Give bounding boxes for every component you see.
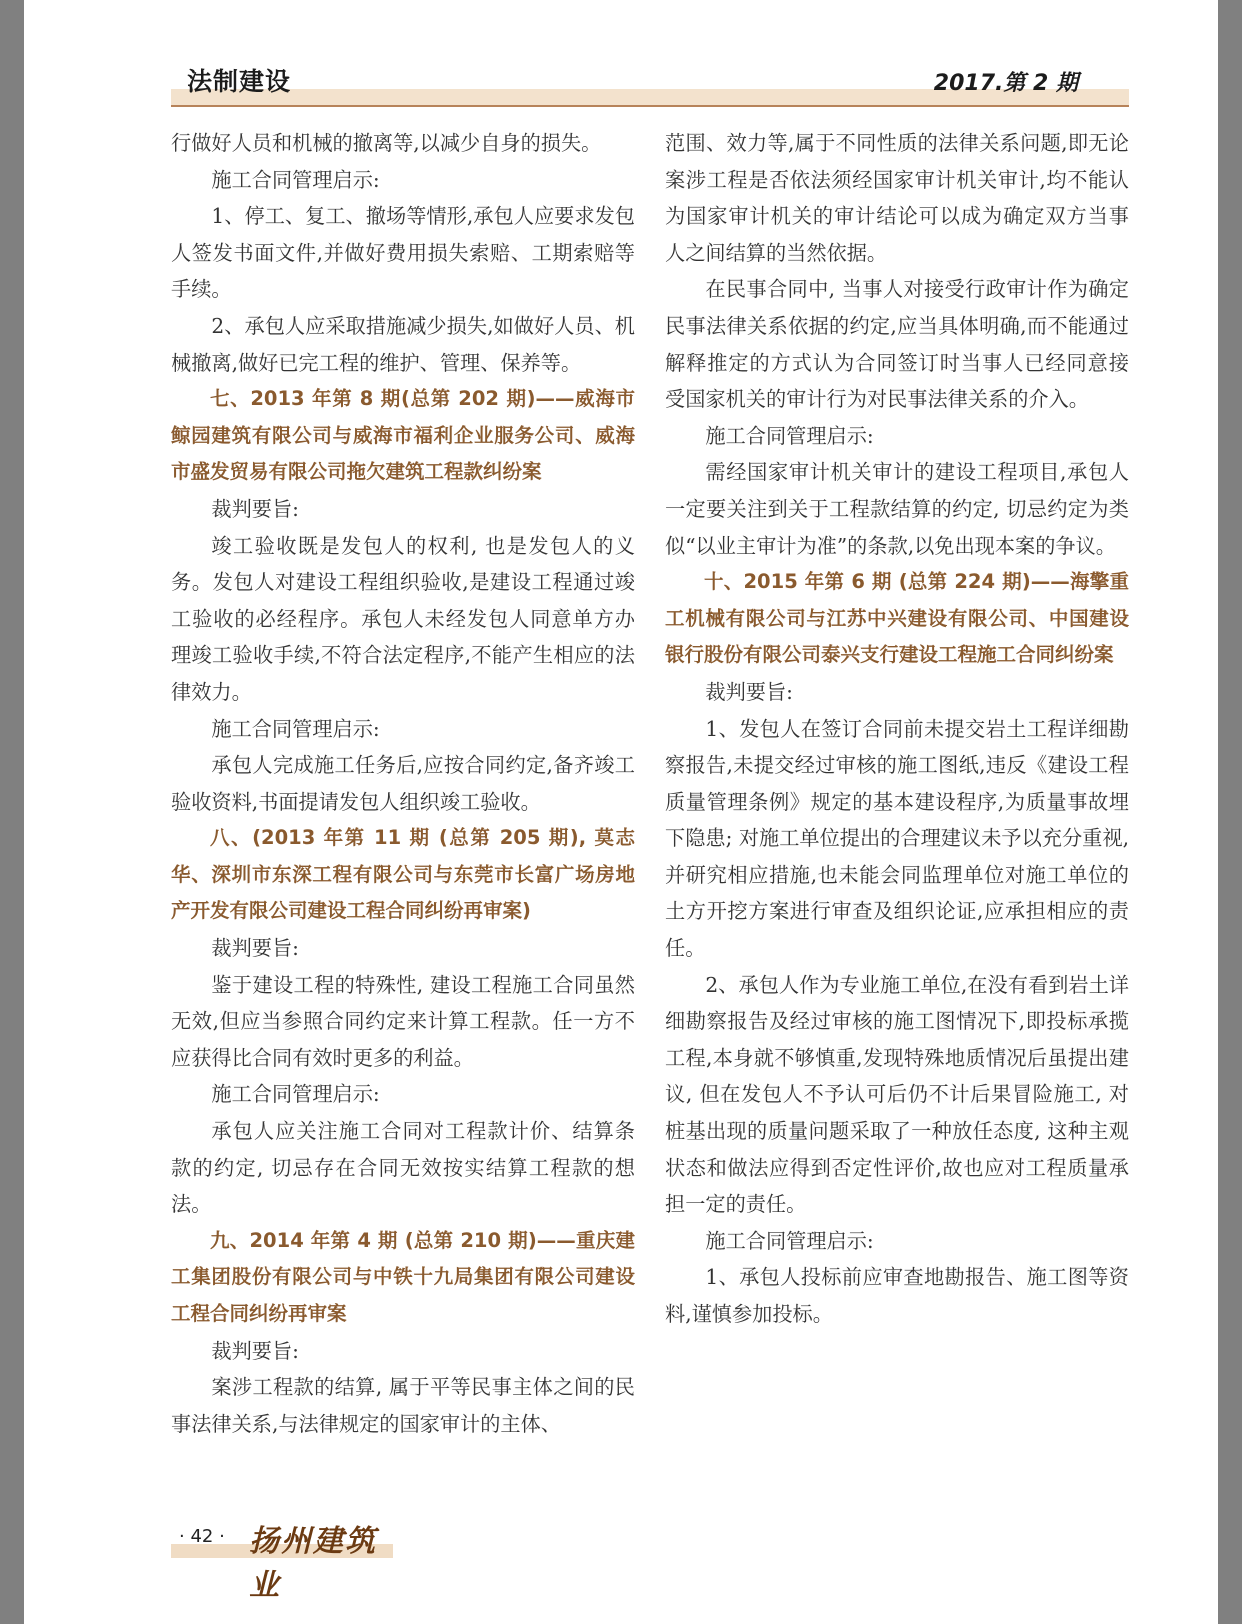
paragraph: 在民事合同中, 当事人对接受行政审计作为确定民事法律关系依据的约定,应当具体明确…	[665, 271, 1129, 417]
paragraph: 1、停工、复工、撤场等情形,承包人应要求发包人签发书面文件,并做好费用损失索赔、…	[171, 198, 635, 308]
paragraph: 施工合同管理启示:	[171, 711, 635, 748]
paragraph: 范围、效力等,属于不同性质的法律关系问题,即无论案涉工程是否依法须经国家审计机关…	[665, 125, 1129, 271]
paragraph: 鉴于建设工程的特殊性, 建设工程施工合同虽然无效,但应当参照合同约定来计算工程款…	[171, 967, 635, 1077]
issue-label: 2017.第 2 期	[934, 68, 1078, 100]
paragraph: 裁判要旨:	[171, 491, 635, 528]
publication-logo: 扬州建筑业	[249, 1516, 393, 1604]
case-heading: 八、(2013 年第 11 期 (总第 205 期), 莫志华、深圳市东深工程有…	[171, 820, 635, 930]
section-title: 法制建设	[187, 66, 291, 98]
paragraph: 施工合同管理启示:	[665, 418, 1129, 455]
magazine-page: 法制建设 2017.第 2 期 行做好人员和机械的撤离等,以减少自身的损失。施工…	[24, 0, 1218, 1624]
case-heading: 七、2013 年第 8 期(总第 202 期)——威海市鲸园建筑有限公司与威海市…	[171, 381, 635, 491]
case-heading: 十、2015 年第 6 期 (总第 224 期)——海擎重工机械有限公司与江苏中…	[665, 564, 1129, 674]
paragraph: 行做好人员和机械的撤离等,以减少自身的损失。	[171, 125, 635, 162]
paragraph: 裁判要旨:	[171, 1333, 635, 1370]
right-column: 范围、效力等,属于不同性质的法律关系问题,即无论案涉工程是否依法须经国家审计机关…	[665, 125, 1129, 1333]
left-column: 行做好人员和机械的撤离等,以减少自身的损失。施工合同管理启示:1、停工、复工、撤…	[171, 125, 635, 1442]
paragraph: 裁判要旨:	[171, 930, 635, 967]
paragraph: 案涉工程款的结算, 属于平等民事主体之间的民事法律关系,与法律规定的国家审计的主…	[171, 1369, 635, 1442]
paragraph: 施工合同管理启示:	[665, 1223, 1129, 1260]
paragraph: 2、承包人作为专业施工单位,在没有看到岩土详细勘察报告及经过审核的施工图情况下,…	[665, 967, 1129, 1223]
paragraph: 1、发包人在签订合同前未提交岩土工程详细勘察报告,未提交经过审核的施工图纸,违反…	[665, 711, 1129, 967]
paragraph: 需经国家审计机关审计的建设工程项目,承包人一定要关注到关于工程款结算的约定, 切…	[665, 454, 1129, 564]
paragraph: 1、承包人投标前应审查地勘报告、施工图等资料,谨慎参加投标。	[665, 1259, 1129, 1332]
paragraph: 承包人完成施工任务后,应按合同约定,备齐竣工验收资料,书面提请发包人组织竣工验收…	[171, 747, 635, 820]
paragraph: 施工合同管理启示:	[171, 1076, 635, 1113]
paragraph: 竣工验收既是发包人的权利, 也是发包人的义务。发包人对建设工程组织验收,是建设工…	[171, 528, 635, 711]
paragraph: 施工合同管理启示:	[171, 162, 635, 199]
page-footer: · 42 · 扬州建筑业	[171, 1522, 393, 1558]
paragraph: 2、承包人应采取措施减少损失,如做好人员、机械撤离,做好已完工程的维护、管理、保…	[171, 308, 635, 381]
paragraph: 裁判要旨:	[665, 674, 1129, 711]
case-heading: 九、2014 年第 4 期 (总第 210 期)——重庆建工集团股份有限公司与中…	[171, 1223, 635, 1333]
paragraph: 承包人应关注施工合同对工程款计价、结算条款的约定, 切忌存在合同无效按实结算工程…	[171, 1113, 635, 1223]
page-number: · 42 ·	[179, 1526, 225, 1547]
